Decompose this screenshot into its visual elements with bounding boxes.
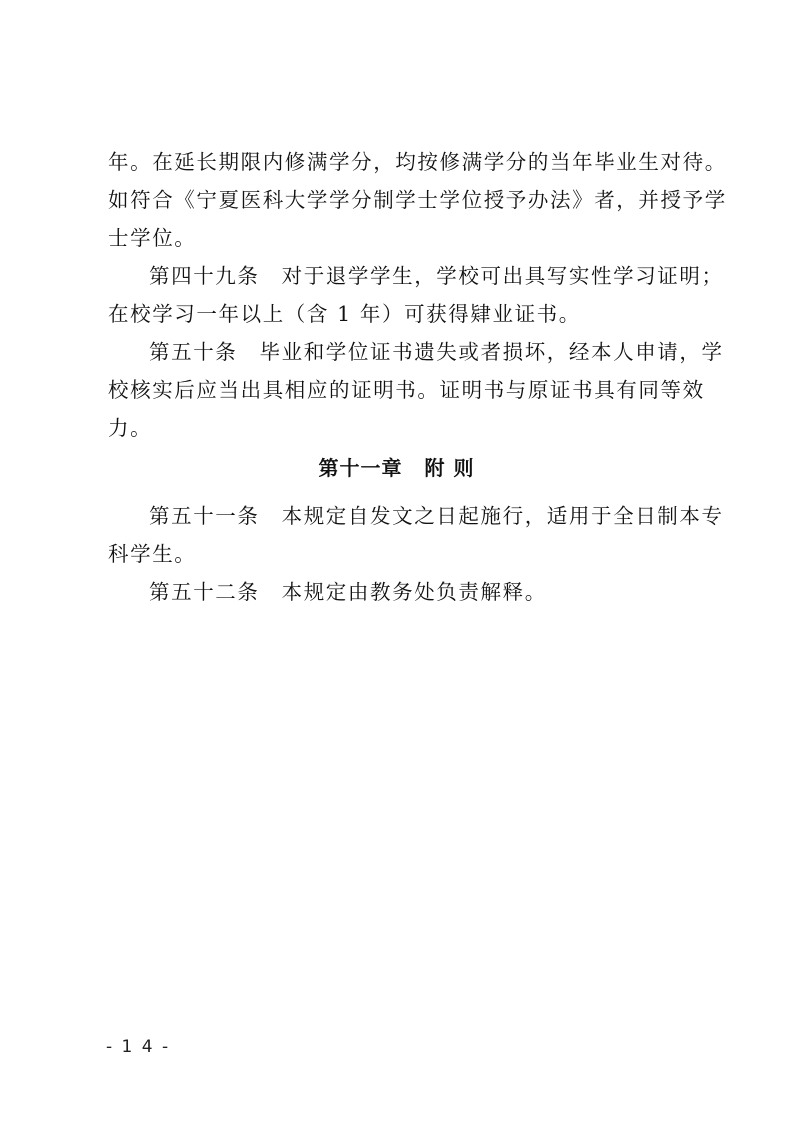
article-51-line: 第五十一条 本规定自发文之日起施行，适用于全日制本专 xyxy=(108,497,694,535)
text-line: 力。 xyxy=(108,409,694,447)
chapter-title: 附 则 xyxy=(425,456,475,480)
article-50-line: 第五十条 毕业和学位证书遗失或者损坏，经本人申请，学 xyxy=(108,333,694,371)
body-text-section-2: 第五十一条 本规定自发文之日起施行，适用于全日制本专 科学生。 第五十二条 本规… xyxy=(108,497,694,611)
text-line: 在校学习一年以上（含 1 年）可获得肄业证书。 xyxy=(108,295,694,333)
article-49-line: 第四十九条 对于退学学生，学校可出具写实性学习证明； xyxy=(108,257,694,295)
text-line: 科学生。 xyxy=(108,535,694,573)
document-page: 年。在延长期限内修满学分，均按修满学分的当年毕业生对待。 如符合《宁夏医科大学学… xyxy=(0,0,793,1122)
chapter-number: 第十一章 xyxy=(319,456,403,480)
text-line: 士学位。 xyxy=(108,219,694,257)
chapter-heading: 第十一章附 则 xyxy=(0,452,793,484)
text-line: 年。在延长期限内修满学分，均按修满学分的当年毕业生对待。 xyxy=(108,143,694,181)
page-number: - 1 4 - xyxy=(106,1037,170,1057)
text-line: 校核实后应当出具相应的证明书。证明书与原证书具有同等效 xyxy=(108,371,694,409)
article-52-line: 第五十二条 本规定由教务处负责解释。 xyxy=(108,573,694,611)
text-line: 如符合《宁夏医科大学学分制学士学位授予办法》者，并授予学 xyxy=(108,181,694,219)
body-text-section: 年。在延长期限内修满学分，均按修满学分的当年毕业生对待。 如符合《宁夏医科大学学… xyxy=(108,143,694,447)
